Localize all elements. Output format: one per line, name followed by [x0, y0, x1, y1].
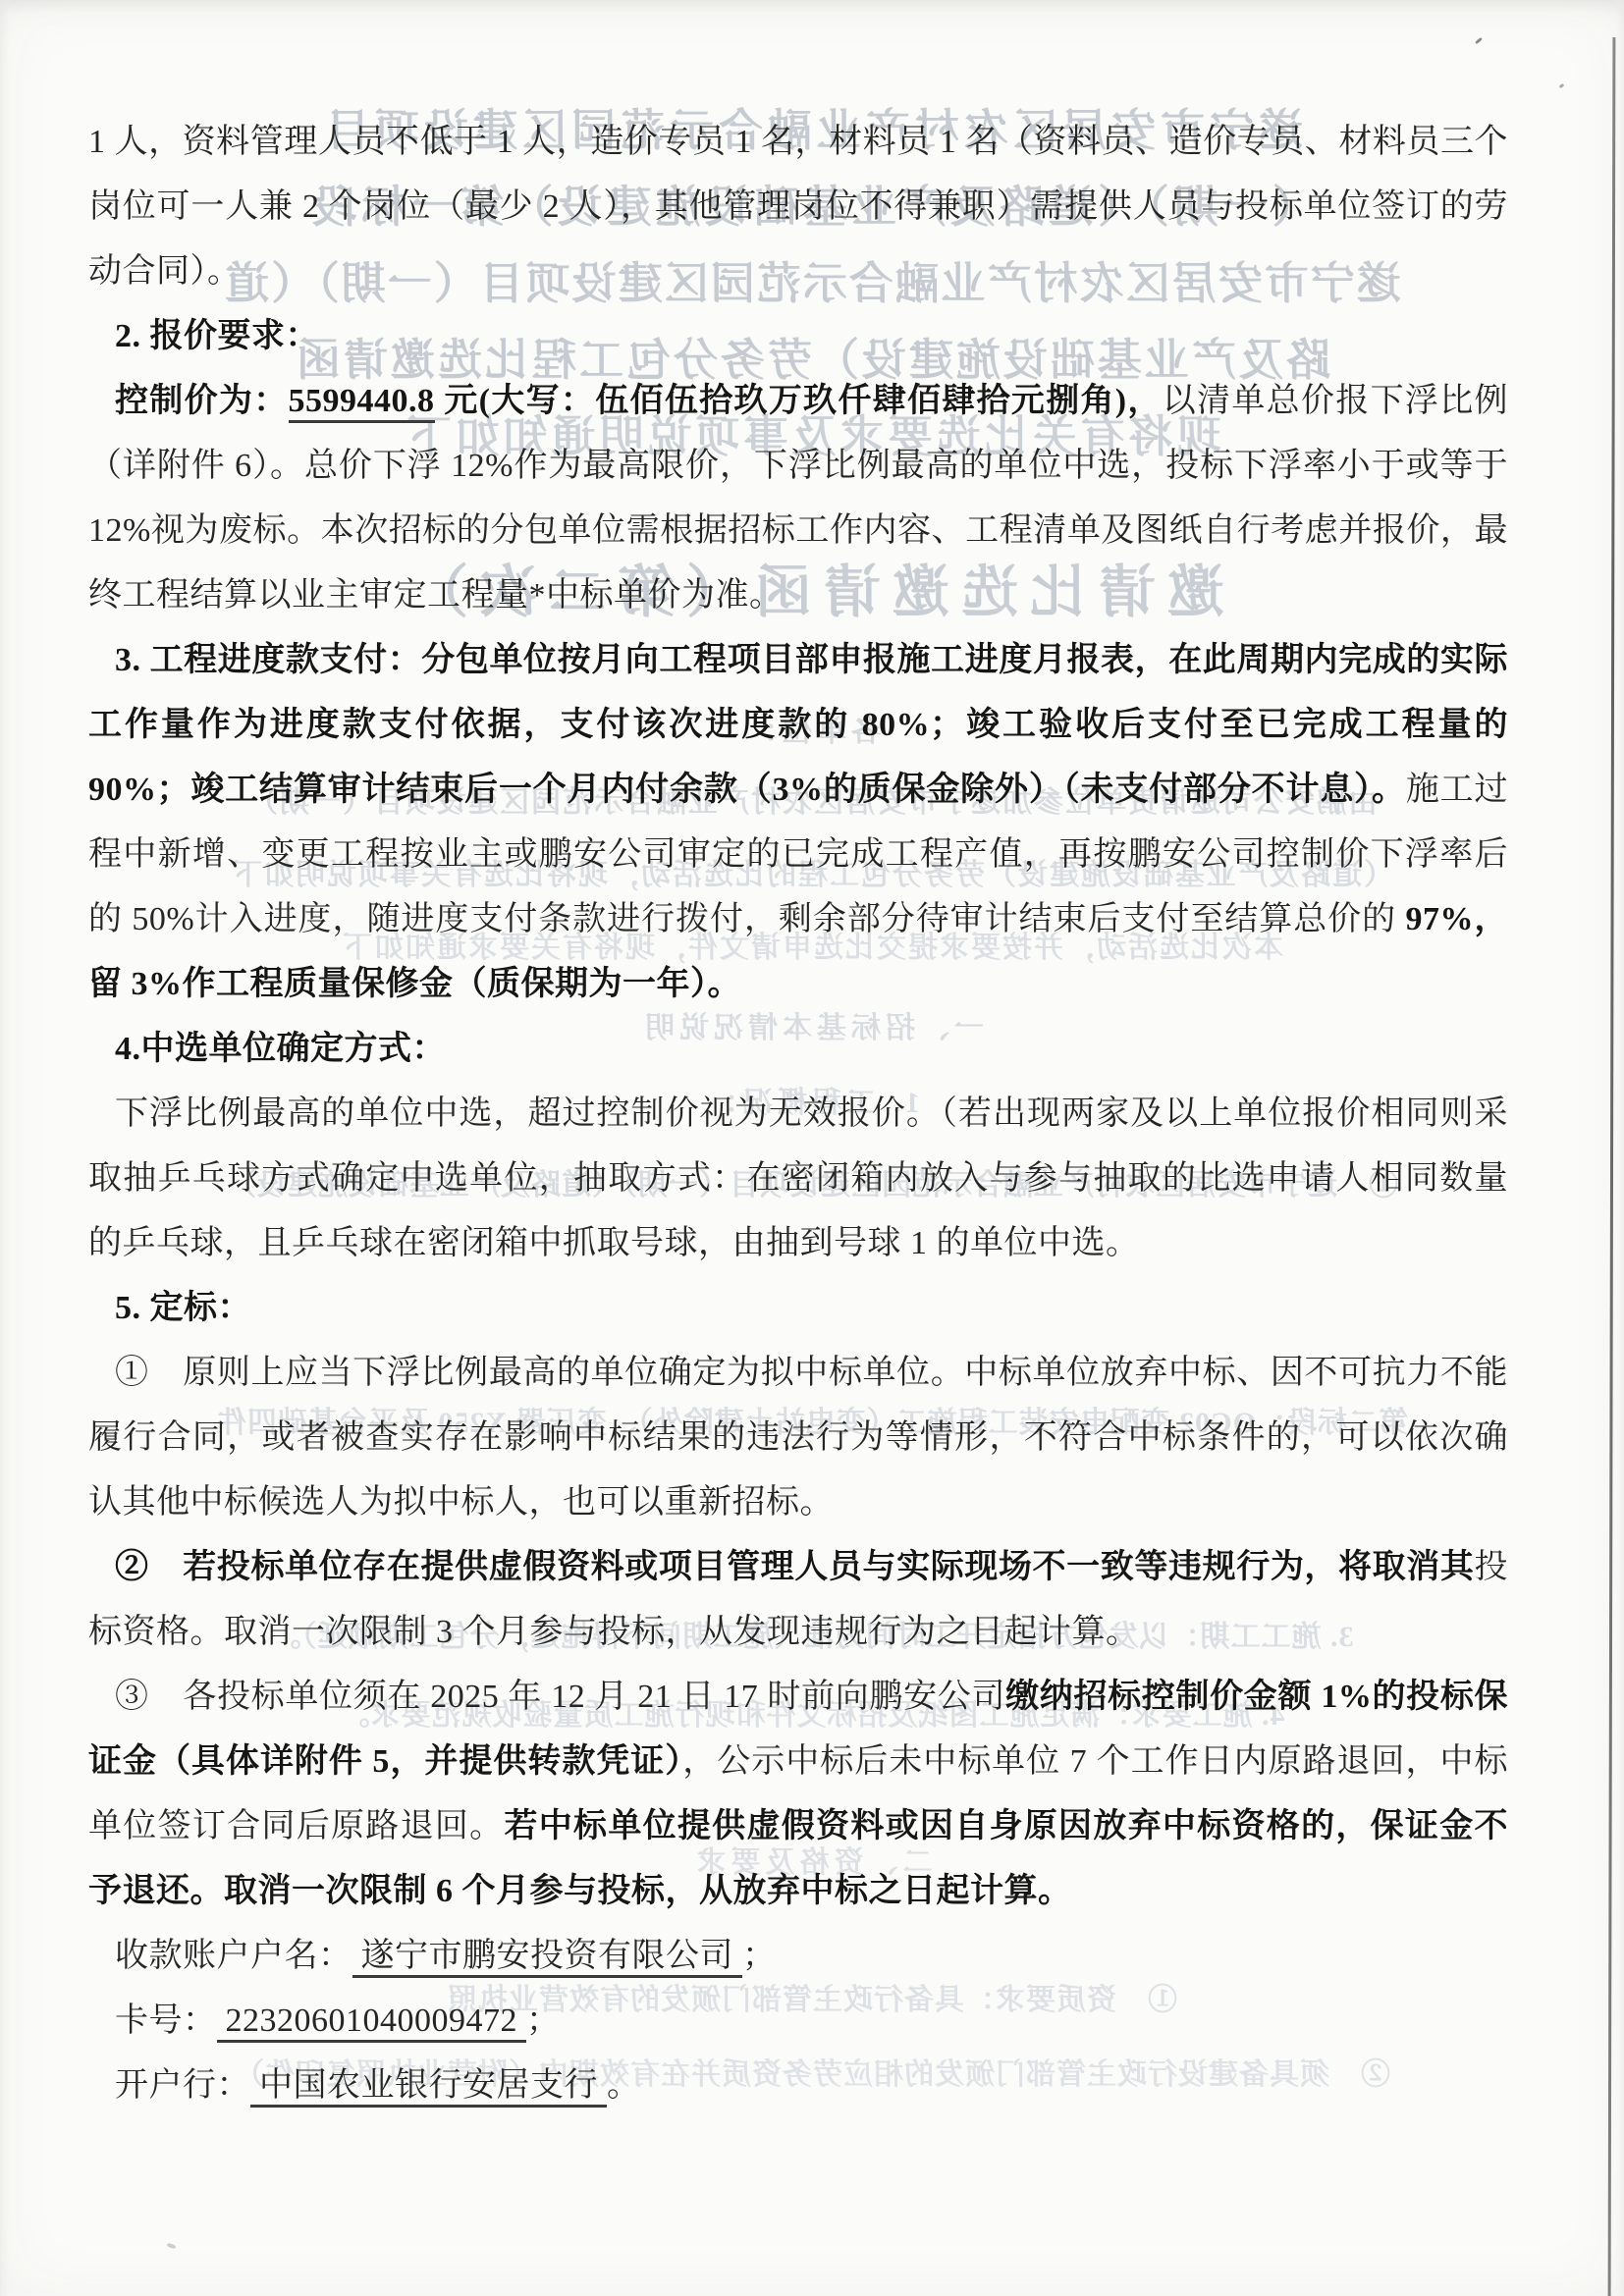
text-run: 开户行：: [115, 2067, 250, 2104]
document-body: 1 人，资料管理人员不低于 1 人，造价专员 1 名，材料员 1 名（资料员、造…: [0, 0, 1624, 2118]
text-run: 。: [607, 2067, 641, 2104]
paragraph: ① 原则上应当下浮比例最高的单位确定为拟中标单位。中标单位放弃中标、因不可抗力不…: [88, 1341, 1508, 1535]
text-run: ；: [526, 2002, 561, 2039]
paragraph: 控制价为：5599440.8 元(大写：伍佰伍拾玖万玖仟肆佰肆拾元捌角)，以清单…: [88, 369, 1508, 628]
paragraph: 1 人，资料管理人员不低于 1 人，造价专员 1 名，材料员 1 名（资料员、造…: [88, 110, 1508, 304]
paragraph: 收款账户户名： 遂宁市鹏安投资有限公司 ；: [88, 1924, 1508, 1989]
paragraph: 2. 报价要求：: [88, 304, 1508, 369]
text-run: 2. 报价要求：: [115, 318, 319, 354]
paragraph: 开户行： 中国农业银行安居支行 。: [88, 2054, 1508, 2118]
text-run: 22320601040009472: [217, 2002, 527, 2043]
text-run: 3. 工程进度款支付：分包单位按月向工程项目部申报施工进度月报表，在此周期内完成…: [88, 642, 1517, 808]
text-run: 元(大写：伍佰伍拾玖万玖仟肆佰肆拾元捌角)，: [435, 383, 1163, 419]
text-run: ① 原则上应当下浮比例最高的单位确定为拟中标单位。中标单位放弃中标、因不可抗力不…: [88, 1355, 1508, 1521]
paragraph: ② 若投标单位存在提供虚假资料或项目管理人员与实际现场不一致等违规行为，将取消其…: [88, 1535, 1508, 1665]
paragraph: 下浮比例最高的单位中选，超过控制价视为无效报价。（若出现两家及以上单位报价相同则…: [88, 1082, 1508, 1276]
scanned-page: 遂宁市安居区农村产业融合示范园区建设项目（一期）（道路及产业基础设施建设）第一标…: [0, 0, 1624, 2296]
paragraph: ③ 各投标单位须在 2025 年 12 月 21 日 17 时前向鹏安公司缴纳招…: [88, 1665, 1508, 1924]
paragraph: 卡号： 22320601040009472 ；: [88, 1989, 1508, 2054]
text-run: 卡号：: [115, 2002, 217, 2039]
text-run: ；: [742, 1938, 777, 1974]
text-run: ② 若投标单位存在提供虚假资料或项目管理人员与实际现场不一致等违规行为，将取消其: [115, 1549, 1475, 1585]
text-run: 下浮比例最高的单位中选，超过控制价视为无效报价。（若出现两家及以上单位报价相同则…: [88, 1095, 1508, 1261]
text-run: 5. 定标：: [115, 1290, 251, 1326]
paragraph: 3. 工程进度款支付：分包单位按月向工程项目部申报施工进度月报表，在此周期内完成…: [88, 628, 1508, 1017]
text-run: 遂宁市鹏安投资有限公司: [352, 1938, 743, 1978]
text-run: 中国农业银行安居支行: [250, 2067, 607, 2108]
text-run: 收款账户户名：: [115, 1938, 352, 1974]
text-run: 控制价为：: [115, 383, 289, 419]
scan-speck: [167, 2243, 177, 2250]
text-run: 1 人，资料管理人员不低于 1 人，造价专员 1 名，材料员 1 名（资料员、造…: [88, 124, 1508, 290]
paragraph: 5. 定标：: [88, 1276, 1508, 1341]
text-run: 4.中选单位确定方式：: [115, 1031, 446, 1067]
text-run: ③ 各投标单位须在 2025 年 12 月 21 日 17 时前向鹏安公司: [115, 1679, 1005, 1715]
text-run: 5599440.8: [289, 383, 435, 423]
paragraph: 4.中选单位确定方式：: [88, 1017, 1508, 1082]
